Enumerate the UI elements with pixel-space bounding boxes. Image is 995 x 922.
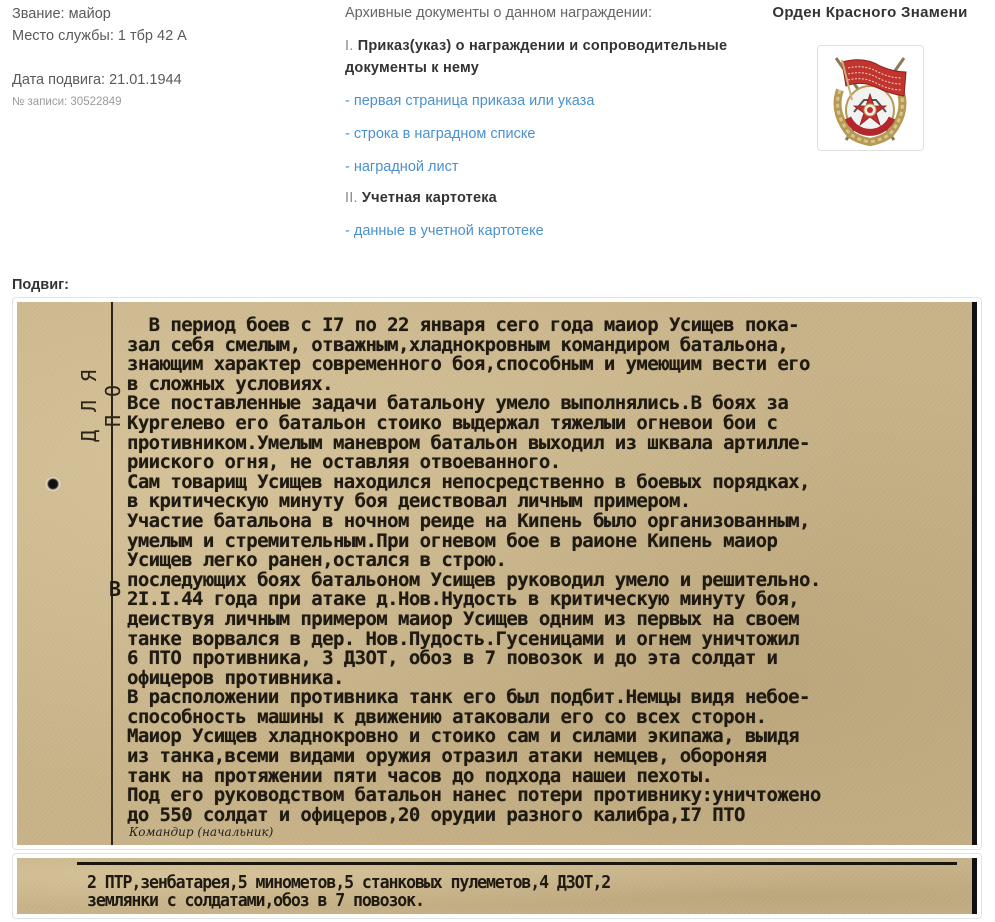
section-number: I. [345, 38, 353, 54]
feat-document-page-1[interactable]: ДЛЯ ПО В В период боев с I7 по 22 января… [12, 297, 982, 850]
order-red-banner-medal-icon [824, 50, 916, 146]
award-image[interactable] [817, 45, 924, 151]
link-order-first-page[interactable]: - первая страница приказа или указа [345, 90, 735, 112]
record-number: № записи: 30522849 [12, 96, 332, 108]
scanned-document: ДЛЯ ПО В В период боев с I7 по 22 января… [17, 302, 977, 845]
margin-text: ДЛЯ ПО [77, 312, 107, 482]
section-title: Приказ(указ) о награждении и сопроводите… [345, 38, 727, 76]
award-title: Орден Красного Знамени [752, 3, 988, 23]
service-place: Место службы: 1 тбр 42 А [12, 25, 332, 47]
section-number: II. [345, 190, 358, 206]
archive-documents: Архивные документы о данном награждении:… [345, 3, 735, 242]
punch-hole [45, 477, 61, 491]
signature-caption: Командир (начальник) [129, 825, 273, 839]
feat-label: Подвиг: [12, 277, 69, 293]
document-rule [77, 862, 957, 865]
feat-document-page-2[interactable]: 2 ПТР,зенбатарея,5 минометов,5 станковых… [12, 853, 982, 919]
award-block: Орден Красного Знамени [752, 3, 988, 151]
award-info: Звание: майор Место службы: 1 тбр 42 А Д… [12, 3, 332, 108]
rank: Звание: майор [12, 3, 332, 25]
archive-heading: Архивные документы о данном награждении: [345, 3, 735, 23]
scanned-document: 2 ПТР,зенбатарея,5 минометов,5 станковых… [17, 858, 977, 914]
section-title: Учетная картотека [362, 190, 497, 206]
section-card-index: II. Учетная картотека [345, 187, 735, 209]
link-award-sheet[interactable]: - наградной лист [345, 156, 735, 178]
typed-feat-text: В период боев с I7 по 22 января сего год… [127, 316, 967, 825]
feat-date: Дата подвига: 21.01.1944 [12, 69, 332, 91]
section-order-documents: I. Приказ(указ) о награждении и сопровод… [345, 35, 735, 79]
link-award-list-row[interactable]: - строка в наградном списке [345, 123, 735, 145]
typed-feat-text-continued: 2 ПТР,зенбатарея,5 минометов,5 станковых… [87, 874, 610, 910]
margin-line [111, 302, 113, 845]
link-card-index-data[interactable]: - данные в учетной картотеке [345, 220, 735, 242]
margin-letter: В [109, 577, 121, 601]
